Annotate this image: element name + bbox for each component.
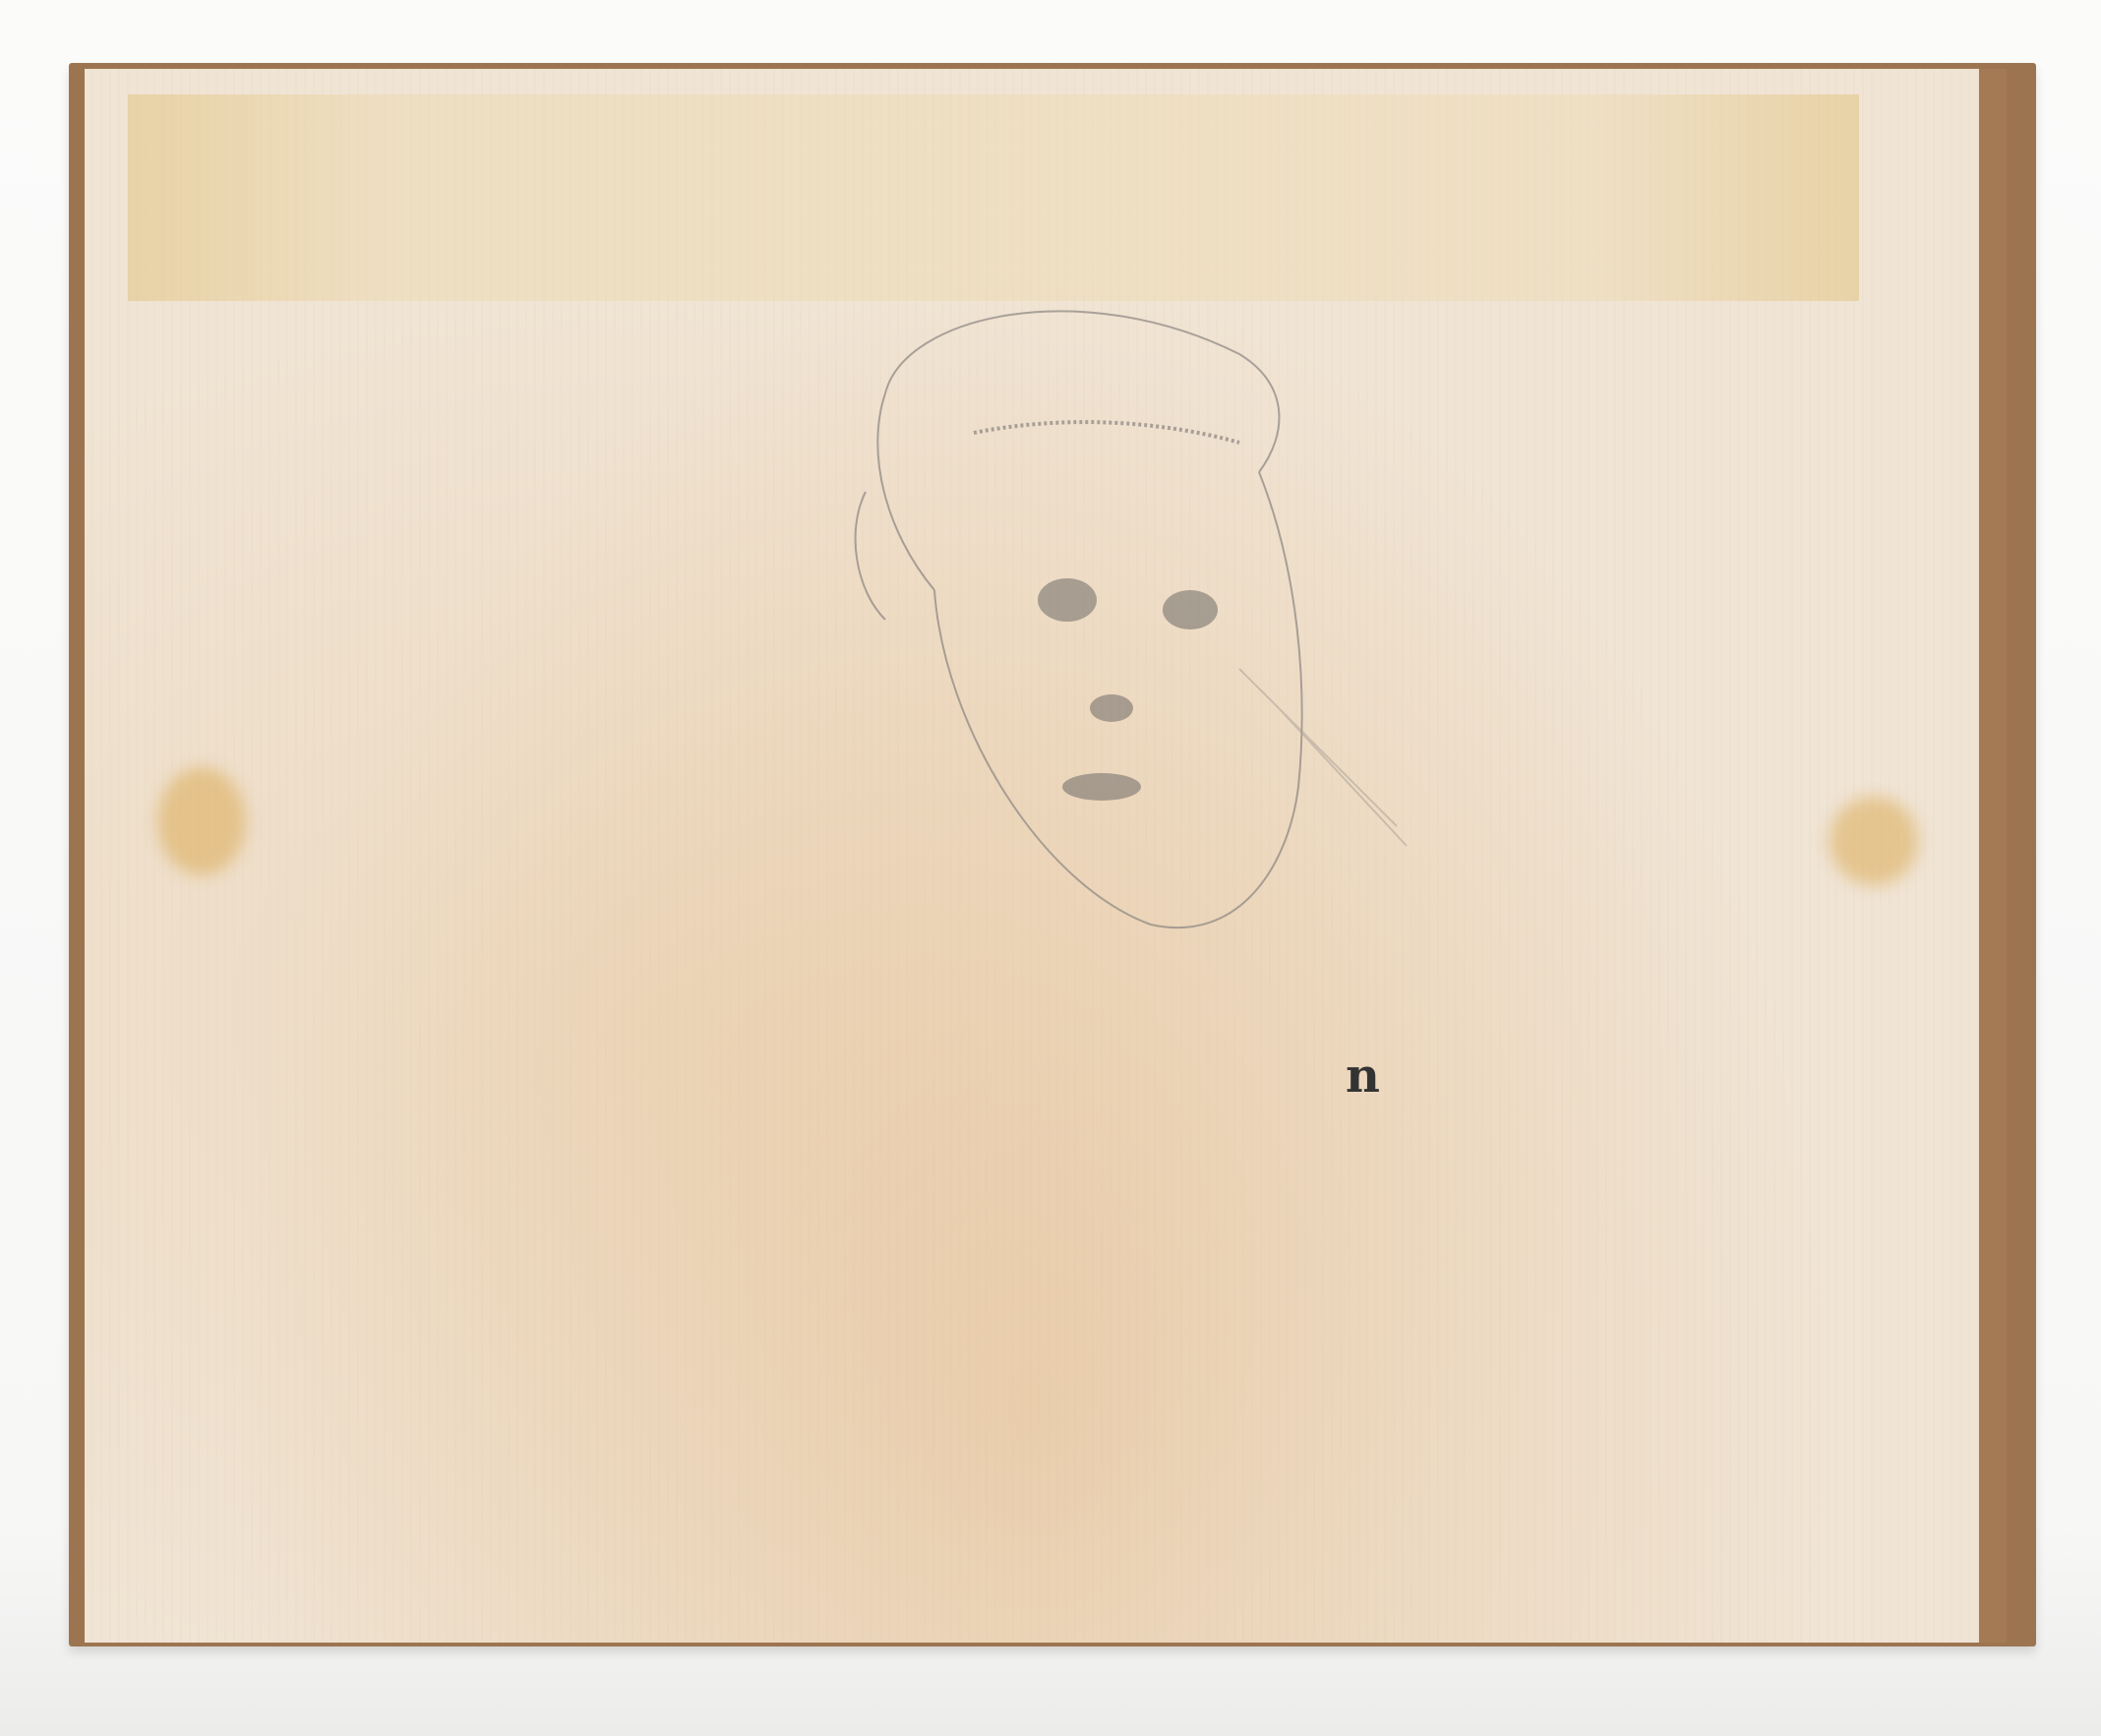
board-edge-right [1979, 69, 2007, 1643]
head-sketch [826, 275, 1416, 944]
stain-left [157, 767, 246, 875]
stain-right [1830, 797, 1918, 885]
tape-strip [128, 94, 1859, 301]
pencil-inscription: n [1346, 1048, 1380, 1104]
